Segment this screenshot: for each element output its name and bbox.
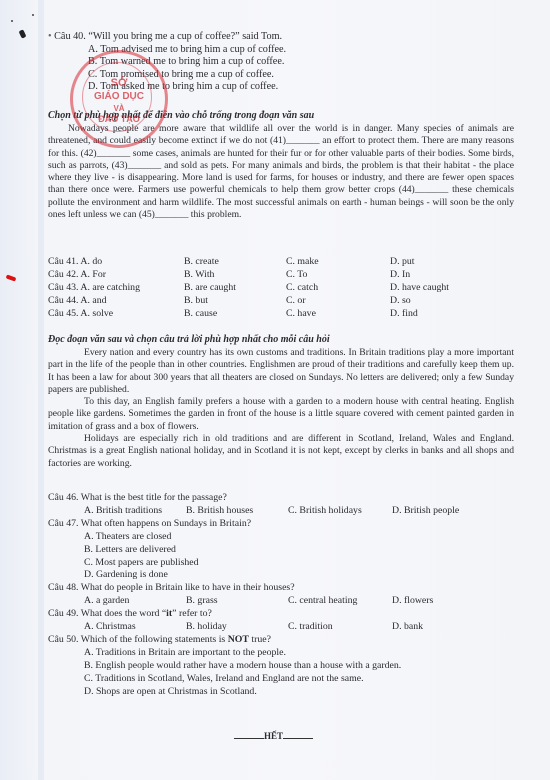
option-d: D. Tom asked me to bring him a cup of co… [48, 81, 286, 94]
paragraph-2: To this day, an English family prefers a… [48, 396, 514, 432]
option-a: A. and [80, 295, 106, 306]
option-b: B. Letters are delivered [48, 544, 459, 557]
option-c: C. To [286, 268, 390, 281]
scan-shadow [38, 0, 44, 780]
scan-speck [11, 20, 13, 22]
question-49-options: A. Christmas B. holiday C. tradition D. … [48, 621, 459, 634]
option-c: C. Traditions in Scotland, Wales, Irelan… [48, 673, 459, 686]
option-c: C. tradition [288, 621, 392, 634]
option-a: A. Tom advised me to bring him a cup of … [48, 44, 286, 57]
option-c: C. have [286, 307, 390, 320]
option-d: D. Gardening is done [48, 569, 459, 582]
section-1-title: Chọn từ phù hợp nhất để điền vào chỗ trố… [48, 110, 314, 121]
stem-text: Câu 50. Which of the following statement… [48, 634, 228, 645]
question-49-stem: Câu 49. What does the word “it” refer to… [48, 608, 459, 621]
option-b: B. create [184, 255, 286, 268]
option-d: D. have caught [390, 281, 500, 294]
paragraph-1: Every nation and every country has its o… [48, 347, 514, 395]
question-41: Câu 41. A. do B. create C. make D. put [48, 255, 500, 268]
option-a: A. solve [80, 308, 113, 319]
option-b: B. are caught [184, 281, 286, 294]
stem-text: ” refer to? [172, 608, 212, 619]
red-pen-mark [6, 274, 17, 281]
option-c: C. British holidays [288, 505, 392, 518]
option-d: D. so [390, 294, 500, 307]
option-b: B. cause [184, 307, 286, 320]
option-b: B. British houses [186, 505, 288, 518]
cloze-passage: Nowadays people are more aware that wild… [48, 123, 514, 221]
question-46-stem: Câu 46. What is the best title for the p… [48, 492, 459, 505]
question-48-options: A. a garden B. grass C. central heating … [48, 595, 459, 608]
reading-questions: Câu 46. What is the best title for the p… [48, 492, 459, 699]
question-48-stem: Câu 48. What do people in Britain like t… [48, 582, 459, 595]
cloze-options-grid: Câu 41. A. do B. create C. make D. put C… [48, 255, 500, 320]
question-40: Câu 40. “Will you bring me a cup of coff… [48, 31, 286, 94]
stem-text: Câu 49. What does the word “ [48, 608, 166, 619]
paragraph-3: Holidays are especially rich in old trad… [48, 433, 514, 469]
option-a: A. Theaters are closed [48, 531, 459, 544]
question-number: Câu 41. [48, 256, 78, 267]
end-label: HẾT [264, 731, 283, 741]
option-a: A. Traditions in Britain are important t… [48, 647, 459, 660]
option-b: B. English people would rather have a mo… [48, 660, 459, 673]
option-d: D. find [390, 307, 500, 320]
option-d: D. British people [392, 505, 459, 518]
question-number: Câu 44. [48, 295, 78, 306]
option-d: D. Shops are open at Christmas in Scotla… [48, 686, 459, 699]
option-c: C. central heating [288, 595, 392, 608]
option-d: D. bank [392, 621, 423, 634]
option-b: B. Tom warned me to bring him a cup of c… [48, 56, 286, 69]
question-45: Câu 45. A. solve B. cause C. have D. fin… [48, 307, 500, 320]
stem-text: true? [249, 634, 271, 645]
option-a: A. For [80, 269, 106, 280]
question-44: Câu 44. A. and B. but C. or D. so [48, 294, 500, 307]
exam-page: Câu 40. “Will you bring me a cup of coff… [0, 0, 550, 780]
option-a: A. do [80, 256, 102, 267]
reading-passage: Every nation and every country has its o… [48, 347, 514, 470]
question-43: Câu 43. A. are catching B. are caught C.… [48, 281, 500, 294]
option-b: B. but [184, 294, 286, 307]
option-c: C. make [286, 255, 390, 268]
question-number: Câu 43. [48, 282, 78, 293]
question-number: Câu 42. [48, 269, 78, 280]
question-42: Câu 42. A. For B. With C. To D. In [48, 268, 500, 281]
option-a: A. British traditions [84, 505, 186, 518]
option-a: A. are catching [80, 282, 140, 293]
question-46-options: A. British traditions B. British houses … [48, 505, 459, 518]
option-b: B. holiday [186, 621, 288, 634]
option-d: D. flowers [392, 595, 433, 608]
question-number: Câu 45. [48, 308, 78, 319]
option-d: D. In [390, 268, 500, 281]
end-marker: HẾT [234, 731, 313, 742]
option-b: B. With [184, 268, 286, 281]
passage-text: Nowadays people are more aware that wild… [48, 123, 514, 220]
option-c: C. or [286, 294, 390, 307]
question-50-stem: Câu 50. Which of the following statement… [48, 634, 459, 647]
question-stem: Câu 40. “Will you bring me a cup of coff… [48, 31, 286, 44]
pen-mark [19, 29, 27, 38]
option-c: C. catch [286, 281, 390, 294]
stem-emphasis: NOT [228, 634, 249, 645]
option-c: C. Most papers are published [48, 557, 459, 570]
option-d: D. put [390, 255, 500, 268]
option-c: C. Tom promised to bring me a cup of cof… [48, 69, 286, 82]
option-b: B. grass [186, 595, 288, 608]
option-a: A. Christmas [84, 621, 186, 634]
section-2-title: Đọc đoạn văn sau và chọn câu trả lời phù… [48, 334, 330, 345]
question-47-stem: Câu 47. What often happens on Sundays in… [48, 518, 459, 531]
scan-speck [32, 14, 34, 16]
option-a: A. a garden [84, 595, 186, 608]
